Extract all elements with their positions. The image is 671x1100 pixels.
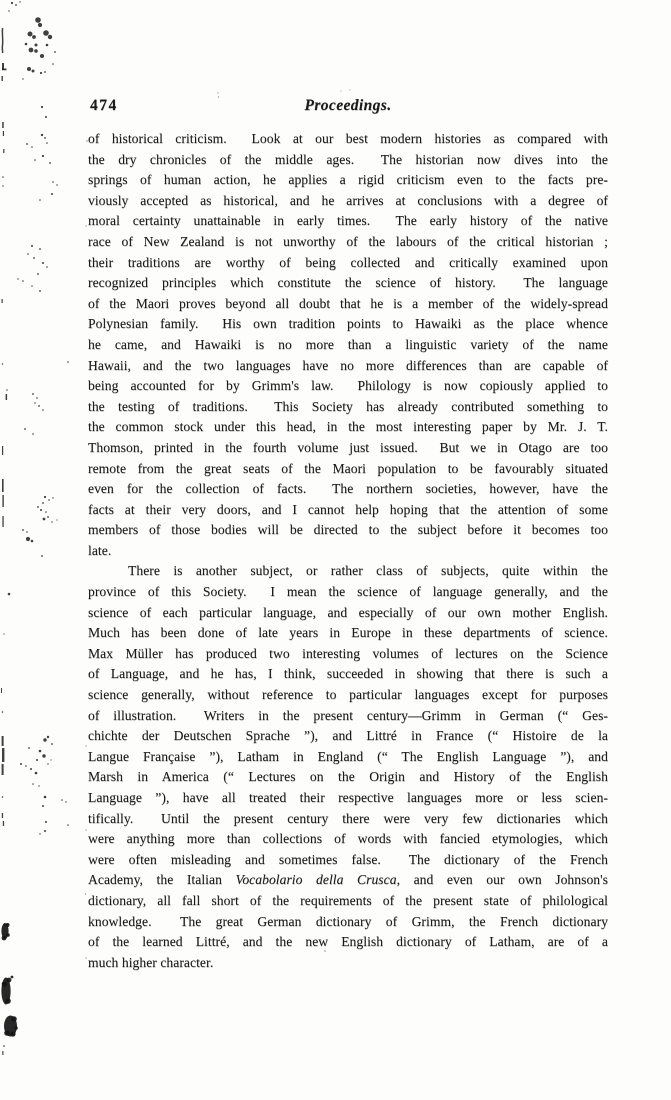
- text-line: of the Maori proves beyond all doubt tha…: [88, 294, 608, 315]
- text-line: Language ”), have all treated their resp…: [88, 788, 608, 809]
- ink-speck-cluster-sparse: [2, 361, 69, 435]
- ink-blot-large-1: [1, 976, 13, 1005]
- text-line: knowledge. The great German dictionary o…: [88, 912, 608, 933]
- text-line: moral certainty unattainable in early ti…: [88, 211, 608, 232]
- text-line: even for the collection of facts. The no…: [88, 479, 608, 500]
- text-line: facts at their very doors, and I cannot …: [88, 500, 608, 521]
- text-line: viously accepted as historical, and he a…: [88, 191, 608, 212]
- text-line: science generally, without reference to …: [88, 685, 608, 706]
- ink-speck-cluster-mid: [2, 245, 48, 303]
- text-line: he came, and Hawaiki is no more than a l…: [88, 335, 608, 356]
- text-line: Hawaii, and the two languages have no mo…: [88, 356, 608, 377]
- text-line: remote from the great seats of the Maori…: [88, 459, 608, 480]
- text-line: of illustration. Writers in the present …: [88, 706, 608, 727]
- text-line: Thomson, printed in the fourth volume ju…: [88, 438, 608, 459]
- ink-speck-cluster-upper: [2, 106, 58, 201]
- ink-blot-large-2: [2, 1016, 17, 1056]
- text-line: much higher character.: [88, 953, 608, 974]
- text-line: Max Müller has produced two interesting …: [88, 644, 608, 665]
- text-line: their traditions are worthy of being col…: [88, 253, 608, 274]
- text-line: the dry chronicles of the middle ages. T…: [88, 150, 608, 171]
- page-header: 474 Proceedings.: [88, 96, 608, 118]
- text-line: were anything more than collections of w…: [88, 829, 608, 850]
- text-line: There is another subject, or rather clas…: [88, 561, 608, 582]
- text-line: tifically. Until the present century the…: [88, 809, 608, 830]
- text-line: the common stock under this head, in the…: [88, 417, 608, 438]
- text-line: were often misleading and sometimes fals…: [88, 850, 608, 871]
- text-line: dictionary, all fall short of the requir…: [88, 891, 608, 912]
- ink-speck-cluster-lower2: [2, 796, 69, 835]
- text-line: being accounted for by Grimm's law. Phil…: [88, 376, 608, 397]
- running-title: Proceedings.: [88, 96, 608, 116]
- text-line: late.: [88, 541, 608, 562]
- text-line: Polynesian family. His own tradition poi…: [88, 314, 608, 335]
- page-text: of historical criticism. Look at our bes…: [88, 129, 608, 973]
- text-line: of historical criticism. Look at our bes…: [88, 129, 608, 150]
- text-line: members of those bodies will be directed…: [88, 520, 608, 541]
- ink-speck-cluster-lower: [2, 711, 53, 787]
- text-line: of the learned Littré, and the new Engli…: [88, 932, 608, 953]
- ink-blot-small: [1, 923, 9, 940]
- text-line: Academy, the Italian Vocabolario della C…: [88, 870, 608, 891]
- text-line: chichte der Deutschen Sprache ”), and Li…: [88, 726, 608, 747]
- text-line: province of this Society. I mean the sci…: [88, 582, 608, 603]
- text-line: science of each particular language, and…: [88, 603, 608, 624]
- text-line: recognized principles which constitute t…: [88, 273, 608, 294]
- scanned-page: 474 Proceedings. of historical criticism…: [0, 0, 671, 1100]
- text-line: Marsh in America (“ Lectures on the Orig…: [88, 767, 608, 788]
- ink-speck-cluster-top-corner: [2, 1, 56, 81]
- text-line: Langue Française ”), Latham in England (…: [88, 747, 608, 768]
- text-line: race of New Zealand is not unworthy of t…: [88, 232, 608, 253]
- text-line: the testing of traditions. This Society …: [88, 397, 608, 418]
- ink-speck-cluster-mid2: [1, 446, 58, 693]
- text-line: of Language, and he has, I think, succee…: [88, 664, 608, 685]
- text-line: Much has been done of late years in Euro…: [88, 623, 608, 644]
- text-line: springs of human action, he applies a ri…: [88, 170, 608, 191]
